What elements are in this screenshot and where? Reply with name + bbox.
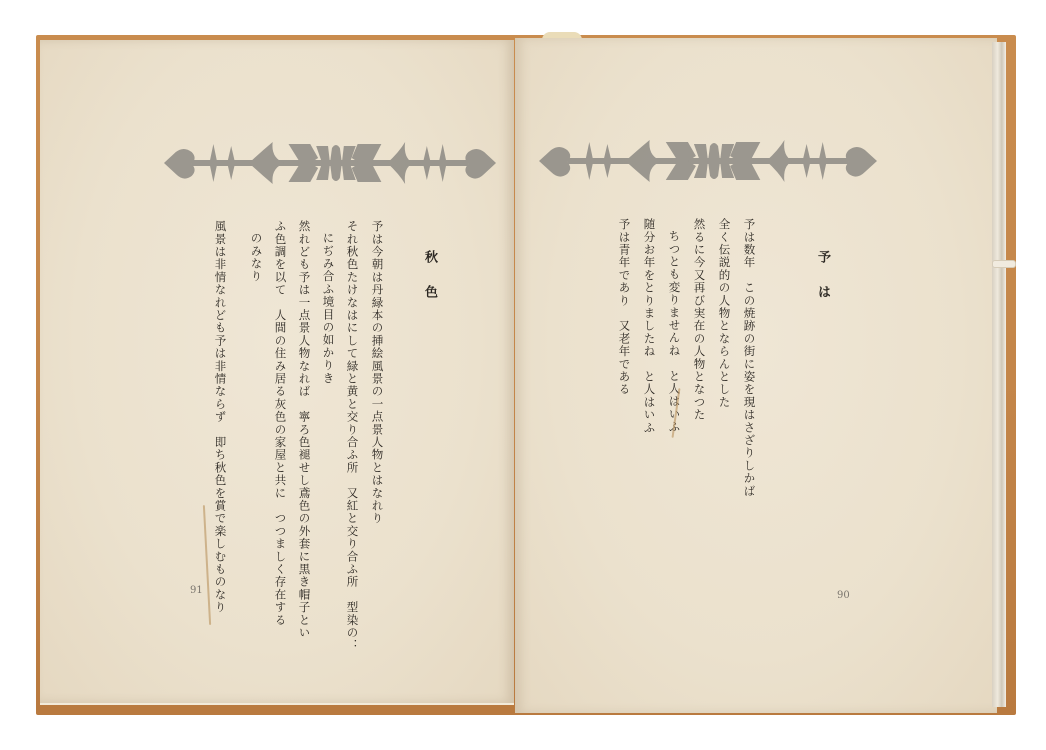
- poem-line-7: 風景は非情なれども予は非情ならず 即ち秋色を賞で楽しむものなり: [208, 220, 232, 614]
- poem-line-1: 予は今朝は丹緑本の挿絵風景の一点景人物とはなれり: [365, 220, 389, 525]
- poem-line-2: それ秋色たけなはにして緑と黄と交り合ふ所 又紅と交り合ふ所 型染の：: [340, 220, 364, 652]
- poem-title: 予は: [813, 250, 832, 320]
- page-number: 91: [190, 585, 203, 596]
- poem-line-3: 然るに今又再び実在の人物となつた: [687, 218, 711, 421]
- ornament-border-icon: [162, 140, 498, 186]
- poem-title: 秋色: [420, 250, 439, 320]
- poem-line-2: 全く伝説的の人物とならんとした: [712, 218, 736, 409]
- poem-line-1: 予は数年 この焼跡の街に姿を現はさざりしかば: [737, 218, 761, 497]
- ornament-border-icon: [537, 138, 879, 184]
- page-number: 90: [837, 590, 850, 601]
- left-page: 秋色 予は今朝は丹緑本の挿絵風景の一点景人物とはなれり それ秋色たけなはにして緑…: [40, 40, 514, 705]
- poem-line-5: 随分お年をとりましたね と人はいふ: [637, 218, 661, 434]
- poem-line-3: にぢみ合ふ境目の如かりき: [316, 232, 340, 384]
- page-block-edge: [992, 42, 1006, 707]
- page-tab: [992, 260, 1016, 268]
- poem-line-5: ふ色調を以て 人間の住み居る灰色の家屋と共に つつましく存在する: [268, 220, 292, 626]
- poem-line-4: 然れども予は一点景人物なれば 寧ろ色褪せし鳶色の外套に黒き帽子とい: [292, 220, 316, 639]
- right-page: 予は 予は数年 この焼跡の街に姿を現はさざりしかば 全く伝説的の人物とならんとし…: [515, 38, 997, 713]
- poem-line-6: のみなり: [244, 232, 268, 283]
- poem-line-4: ちつとも変りませんね と人はいふ: [662, 230, 686, 433]
- poem-line-6: 予は青年であり 又老年である: [612, 218, 636, 396]
